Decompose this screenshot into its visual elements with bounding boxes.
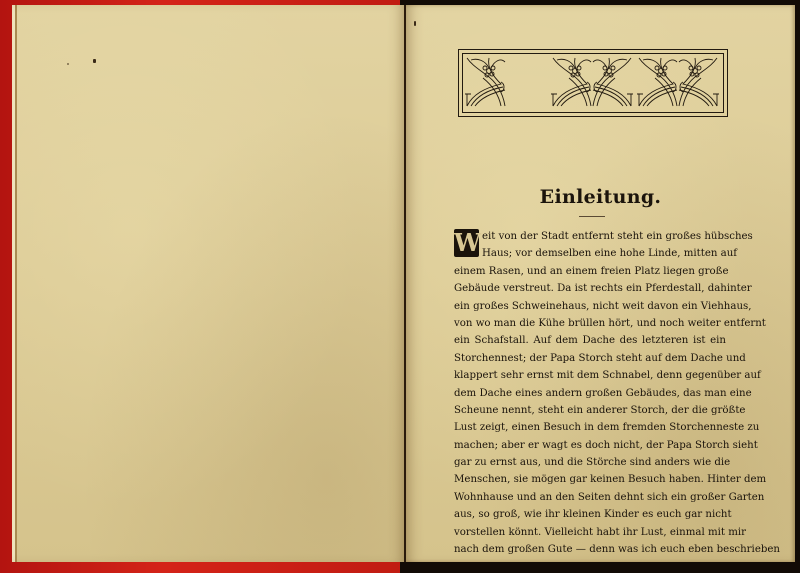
text-line: Haus; vor demselben eine hohe Linde, mit… (454, 245, 726, 262)
text-line: Scheune nennt, steht ein anderer Storch,… (454, 402, 726, 419)
text-line: klappert sehr ernst mit dem Schnabel, de… (454, 367, 726, 384)
text-line: von wo man die Kühe brüllen hört, und no… (454, 315, 726, 332)
text-line: aus, so groß, wie ihr kleinen Kinder es … (454, 506, 726, 523)
left-page-blank (12, 5, 405, 562)
text-line: ein Schafstall. Auf dem Dache des letzte… (454, 332, 726, 349)
text-line: eit von der Stadt entfernt steht ein gro… (454, 228, 726, 245)
title-divider (579, 216, 605, 217)
paper-speck (414, 21, 416, 26)
text-line: Wohnhause und an den Seiten dehnt sich e… (454, 489, 726, 506)
text-line: vorstellen könnt. Vielleicht habt ihr Lu… (454, 524, 726, 541)
text-line: Lust zeigt, einen Besuch in dem fremden … (454, 419, 726, 436)
floral-pattern-icon (463, 54, 721, 110)
text-line: gar zu ernst aus, und die Störche sind a… (454, 454, 726, 471)
open-book: Einleitung. W eit von der Stadt entfernt… (0, 0, 800, 573)
text-line: machen; aber er wagt es doch nicht, der … (454, 437, 726, 454)
floral-ornament-header (458, 49, 728, 117)
text-line: Gebäude verstreut. Da ist rechts ein Pfe… (454, 280, 726, 297)
paper-speck (67, 63, 69, 65)
text-line: Menschen, sie mögen gar keinen Besuch ha… (454, 471, 726, 488)
chapter-title: Einleitung. (406, 186, 795, 208)
paper-speck (93, 59, 96, 63)
text-line: nach dem großen Gute — denn was ich euch… (454, 541, 726, 558)
chapter-paragraph: eit von der Stadt entfernt steht ein gro… (454, 228, 726, 558)
text-line: ein großes Schweinehaus, nicht weit davo… (454, 298, 726, 315)
text-line: einem Rasen, und an einem freien Platz l… (454, 263, 726, 280)
text-line: Storchennest; der Papa Storch steht auf … (454, 350, 726, 367)
text-line: dem Dache eines andern großen Gebäudes, … (454, 385, 726, 402)
ornament-band (462, 53, 724, 113)
